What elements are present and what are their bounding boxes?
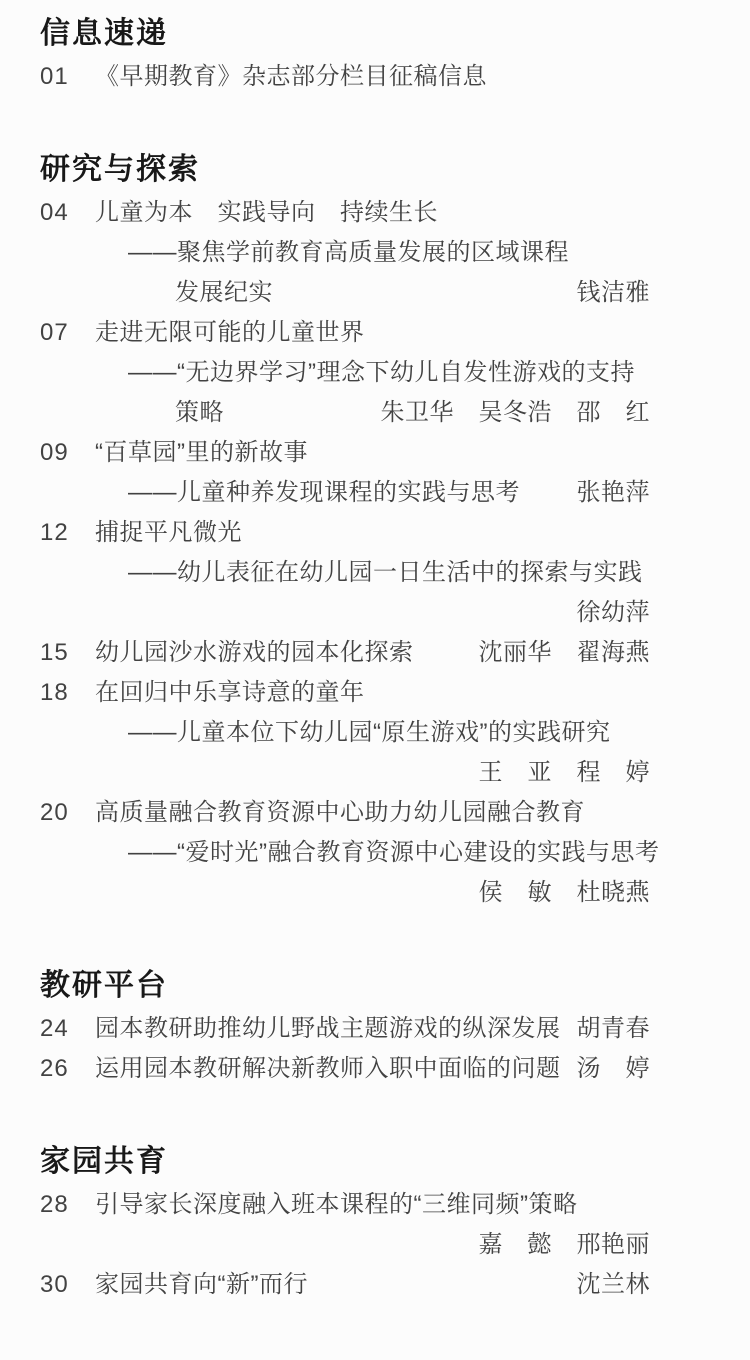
entry-authors (638, 233, 650, 273)
entry-authors (638, 353, 650, 393)
entry-subtitle: ——幼儿表征在幼儿园一日生活中的探索与实践 (128, 553, 643, 593)
entry-subtitle: ——“爱时光”融合教育资源中心建设的实践与思考 (128, 833, 659, 873)
section-title: 家园共育 (40, 1141, 650, 1183)
page-number: 15 (40, 633, 69, 673)
toc-line: 策略 朱卫华 吴冬浩 邵 红 (40, 393, 650, 433)
entry-title: 运用园本教研解决新教师入职中面临的问题 (95, 1049, 561, 1089)
toc-line: 15 幼儿园沙水游戏的园本化探索 沈丽华 翟海燕 (40, 633, 650, 673)
entry-title: 走进无限可能的儿童世界 (95, 313, 365, 353)
toc-line: 26 运用园本教研解决新教师入职中面临的问题 汤 婷 (40, 1049, 650, 1089)
toc-line: 09 “百草园”里的新故事 (40, 433, 650, 473)
entry-authors (659, 833, 671, 873)
toc-line: ——“无边界学习”理念下幼儿自发性游戏的支持 (40, 353, 650, 393)
section-title: 信息速递 (40, 13, 650, 55)
page-number: 18 (40, 673, 69, 713)
entry-subtitle: 发展纪实 (175, 273, 273, 313)
page-number: 07 (40, 313, 69, 353)
toc-line: 发展纪实 钱洁雅 (40, 273, 650, 313)
entry-title: 在回归中乐享诗意的童年 (95, 673, 365, 713)
page-number: 24 (40, 1009, 69, 1049)
toc-line: 01 《早期教育》杂志部分栏目征稿信息 (40, 57, 650, 97)
toc-line: 嘉 懿 邢艳丽 (40, 1225, 650, 1265)
toc-line: 04 儿童为本 实践导向 持续生长 (40, 193, 650, 233)
entry-authors: 沈兰林 (565, 1265, 651, 1305)
entry-authors (638, 313, 650, 353)
entry-subtitle: ——“无边界学习”理念下幼儿自发性游戏的支持 (128, 353, 635, 393)
entry-authors (638, 433, 650, 473)
page-number: 20 (40, 793, 69, 833)
page-number: 12 (40, 513, 69, 553)
entry-authors: 朱卫华 吴冬浩 邵 红 (369, 393, 651, 433)
entry-title: 捕捉平凡微光 (95, 513, 242, 553)
toc-entry: 15 幼儿园沙水游戏的园本化探索 沈丽华 翟海燕 (40, 633, 650, 673)
entry-authors (638, 673, 650, 713)
section-home-kindergarten: 家园共育 28 引导家长深度融入班本课程的“三维同频”策略 嘉 懿 邢艳丽 30… (40, 1141, 650, 1305)
toc-line: 18 在回归中乐享诗意的童年 (40, 673, 650, 713)
toc-line: 侯 敏 杜晓燕 (40, 873, 650, 913)
page-number: 28 (40, 1185, 69, 1225)
toc-line: 24 园本教研助推幼儿野战主题游戏的纵深发展 胡青春 (40, 1009, 650, 1049)
toc-entry: 12 捕捉平凡微光 ——幼儿表征在幼儿园一日生活中的探索与实践 徐幼萍 (40, 513, 650, 633)
entry-title: 《早期教育》杂志部分栏目征稿信息 (95, 57, 487, 97)
section-teaching-research: 教研平台 24 园本教研助推幼儿野战主题游戏的纵深发展 胡青春 26 运用园本教… (40, 965, 650, 1089)
toc-entry: 20 高质量融合教育资源中心助力幼儿园融合教育 ——“爱时光”融合教育资源中心建… (40, 793, 650, 913)
section-title: 研究与探索 (40, 149, 650, 191)
toc-line: 12 捕捉平凡微光 (40, 513, 650, 553)
section-info-express: 信息速递 01 《早期教育》杂志部分栏目征稿信息 (40, 13, 650, 97)
toc-line: 王 亚 程 婷 (40, 753, 650, 793)
entry-authors (638, 713, 650, 753)
toc-line: 28 引导家长深度融入班本课程的“三维同频”策略 (40, 1185, 650, 1225)
entry-authors: 王 亚 程 婷 (467, 753, 651, 793)
entry-title: 儿童为本 实践导向 持续生长 (95, 193, 438, 233)
toc-entry: 07 走进无限可能的儿童世界 ——“无边界学习”理念下幼儿自发性游戏的支持 策略… (40, 313, 650, 433)
toc-entry: 18 在回归中乐享诗意的童年 ——儿童本位下幼儿园“原生游戏”的实践研究 王 亚… (40, 673, 650, 793)
toc-entry: 04 儿童为本 实践导向 持续生长 ——聚焦学前教育高质量发展的区域课程 发展纪… (40, 193, 650, 313)
page-number: 30 (40, 1265, 69, 1305)
toc-page: 信息速递 01 《早期教育》杂志部分栏目征稿信息 研究与探索 04 儿童为本 实… (0, 0, 750, 1360)
entry-authors (638, 1185, 650, 1225)
entry-title: 幼儿园沙水游戏的园本化探索 (95, 633, 414, 673)
entry-authors: 张艳萍 (565, 473, 651, 513)
toc-entry: 09 “百草园”里的新故事 ——儿童种养发现课程的实践与思考 张艳萍 (40, 433, 650, 513)
entry-authors: 钱洁雅 (565, 273, 651, 313)
toc-line: 07 走进无限可能的儿童世界 (40, 313, 650, 353)
entry-authors (638, 793, 650, 833)
toc-line: 30 家园共育向“新”而行 沈兰林 (40, 1265, 650, 1305)
toc-entry: 26 运用园本教研解决新教师入职中面临的问题 汤 婷 (40, 1049, 650, 1089)
toc-line: ——儿童种养发现课程的实践与思考 张艳萍 (40, 473, 650, 513)
entry-authors: 侯 敏 杜晓燕 (467, 873, 651, 913)
toc-entry: 01 《早期教育》杂志部分栏目征稿信息 (40, 57, 650, 97)
entry-authors: 沈丽华 翟海燕 (467, 633, 651, 673)
entry-title: 高质量融合教育资源中心助力幼儿园融合教育 (95, 793, 585, 833)
entry-title: “百草园”里的新故事 (95, 433, 308, 473)
entry-subtitle: ——儿童种养发现课程的实践与思考 (128, 473, 520, 513)
page-number: 26 (40, 1049, 69, 1089)
toc-entry: 24 园本教研助推幼儿野战主题游戏的纵深发展 胡青春 (40, 1009, 650, 1049)
toc-line: ——儿童本位下幼儿园“原生游戏”的实践研究 (40, 713, 650, 753)
toc-line: ——聚焦学前教育高质量发展的区域课程 (40, 233, 650, 273)
toc-line: ——幼儿表征在幼儿园一日生活中的探索与实践 (40, 553, 650, 593)
entry-title: 引导家长深度融入班本课程的“三维同频”策略 (95, 1185, 577, 1225)
page-number: 04 (40, 193, 69, 233)
page-number: 01 (40, 57, 69, 97)
entry-authors (638, 513, 650, 553)
toc-entry: 30 家园共育向“新”而行 沈兰林 (40, 1265, 650, 1305)
toc-entry: 28 引导家长深度融入班本课程的“三维同频”策略 嘉 懿 邢艳丽 (40, 1185, 650, 1265)
entry-authors (643, 553, 655, 593)
toc-line: 20 高质量融合教育资源中心助力幼儿园融合教育 (40, 793, 650, 833)
entry-authors (638, 57, 650, 97)
entry-authors: 徐幼萍 (565, 593, 651, 633)
entry-title: 园本教研助推幼儿野战主题游戏的纵深发展 (95, 1009, 561, 1049)
entry-subtitle: ——儿童本位下幼儿园“原生游戏”的实践研究 (128, 713, 610, 753)
entry-authors: 嘉 懿 邢艳丽 (467, 1225, 651, 1265)
entry-authors (638, 193, 650, 233)
section-research-exploration: 研究与探索 04 儿童为本 实践导向 持续生长 ——聚焦学前教育高质量发展的区域… (40, 149, 650, 913)
section-title: 教研平台 (40, 965, 650, 1007)
entry-subtitle: ——聚焦学前教育高质量发展的区域课程 (128, 233, 569, 273)
entry-title: 家园共育向“新”而行 (95, 1265, 308, 1305)
page-number: 09 (40, 433, 69, 473)
entry-subtitle: 策略 (175, 393, 224, 433)
entry-authors: 汤 婷 (565, 1049, 651, 1089)
toc-line: 徐幼萍 (40, 593, 650, 633)
toc-line: ——“爱时光”融合教育资源中心建设的实践与思考 (40, 833, 650, 873)
entry-authors: 胡青春 (565, 1009, 651, 1049)
